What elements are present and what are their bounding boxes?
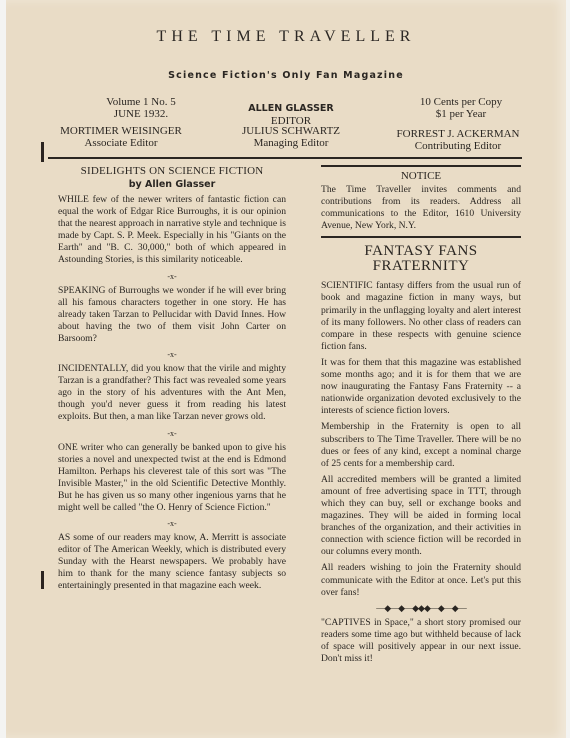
notice-rule-top [321, 165, 521, 167]
paragraph: It was for them that this magazine was e… [321, 357, 521, 417]
editor-name: ALLEN GLASSER [226, 103, 356, 115]
paragraph: AS some of our readers may know, A. Merr… [58, 532, 286, 592]
price-year: $1 per Year [386, 108, 536, 120]
paragraph: WHILE few of the newer writers of fantas… [58, 194, 286, 267]
price-copy: 10 Cents per Copy [386, 96, 536, 108]
paragraph: SCIENTIFIC fantasy differs from the usua… [321, 280, 521, 353]
binding-mark [41, 142, 44, 162]
price-info: 10 Cents per Copy $1 per Year [386, 96, 536, 120]
paragraph: Membership in the Fraternity is open to … [321, 421, 521, 469]
paragraph: SPEAKING of Burroughs we wonder if he wi… [58, 285, 286, 345]
ornament-divider: —◆—◆—◆◆◆—◆—◆— [321, 603, 521, 613]
staff-contributing: FORREST J. ACKERMAN Contributing Editor [378, 128, 538, 152]
right-column: NOTICE The Time Traveller invites commen… [321, 165, 521, 669]
issue-info: Volume 1 No. 5 JUNE 1932. [76, 96, 206, 120]
notice-text: The Time Traveller invites comments and … [321, 184, 521, 232]
separator: -x- [58, 518, 286, 530]
separator: -x- [58, 271, 286, 283]
masthead-rule [48, 157, 522, 159]
magazine-page: THE TIME TRAVELLER Science Fiction's Onl… [6, 0, 566, 738]
paragraph: ONE writer who can generally be banked u… [58, 442, 286, 515]
staff-managing: JULIUS SCHWARTZ Managing Editor [221, 125, 361, 149]
captives-notice: "CAPTIVES in Space," a short story promi… [321, 617, 521, 665]
issue-date: JUNE 1932. [76, 108, 206, 120]
notice-title: NOTICE [321, 170, 521, 182]
separator: -x- [58, 349, 286, 361]
tagline: Science Fiction's Only Fan Magazine [6, 70, 566, 81]
binding-mark [41, 571, 44, 589]
paragraph: All readers wishing to join the Fraterni… [321, 562, 521, 598]
separator: -x- [58, 428, 286, 440]
left-column: SIDELIGHTS ON SCIENCE FICTION by Allen G… [58, 165, 286, 597]
editor-block: ALLEN GLASSER EDITOR [226, 103, 356, 127]
paragraph: INCIDENTALLY, did you know that the viri… [58, 363, 286, 423]
notice-rule-bottom [321, 236, 521, 238]
column-heading: SIDELIGHTS ON SCIENCE FICTION [58, 165, 286, 178]
paragraph: All accredited members will be granted a… [321, 474, 521, 559]
masthead-title: THE TIME TRAVELLER [6, 28, 566, 46]
byline: by Allen Glasser [58, 178, 286, 191]
fraternity-title: FANTASY FANS FRATERNITY [321, 244, 521, 274]
volume: Volume 1 No. 5 [76, 96, 206, 108]
staff-associate: MORTIMER WEISINGER Associate Editor [46, 125, 196, 149]
